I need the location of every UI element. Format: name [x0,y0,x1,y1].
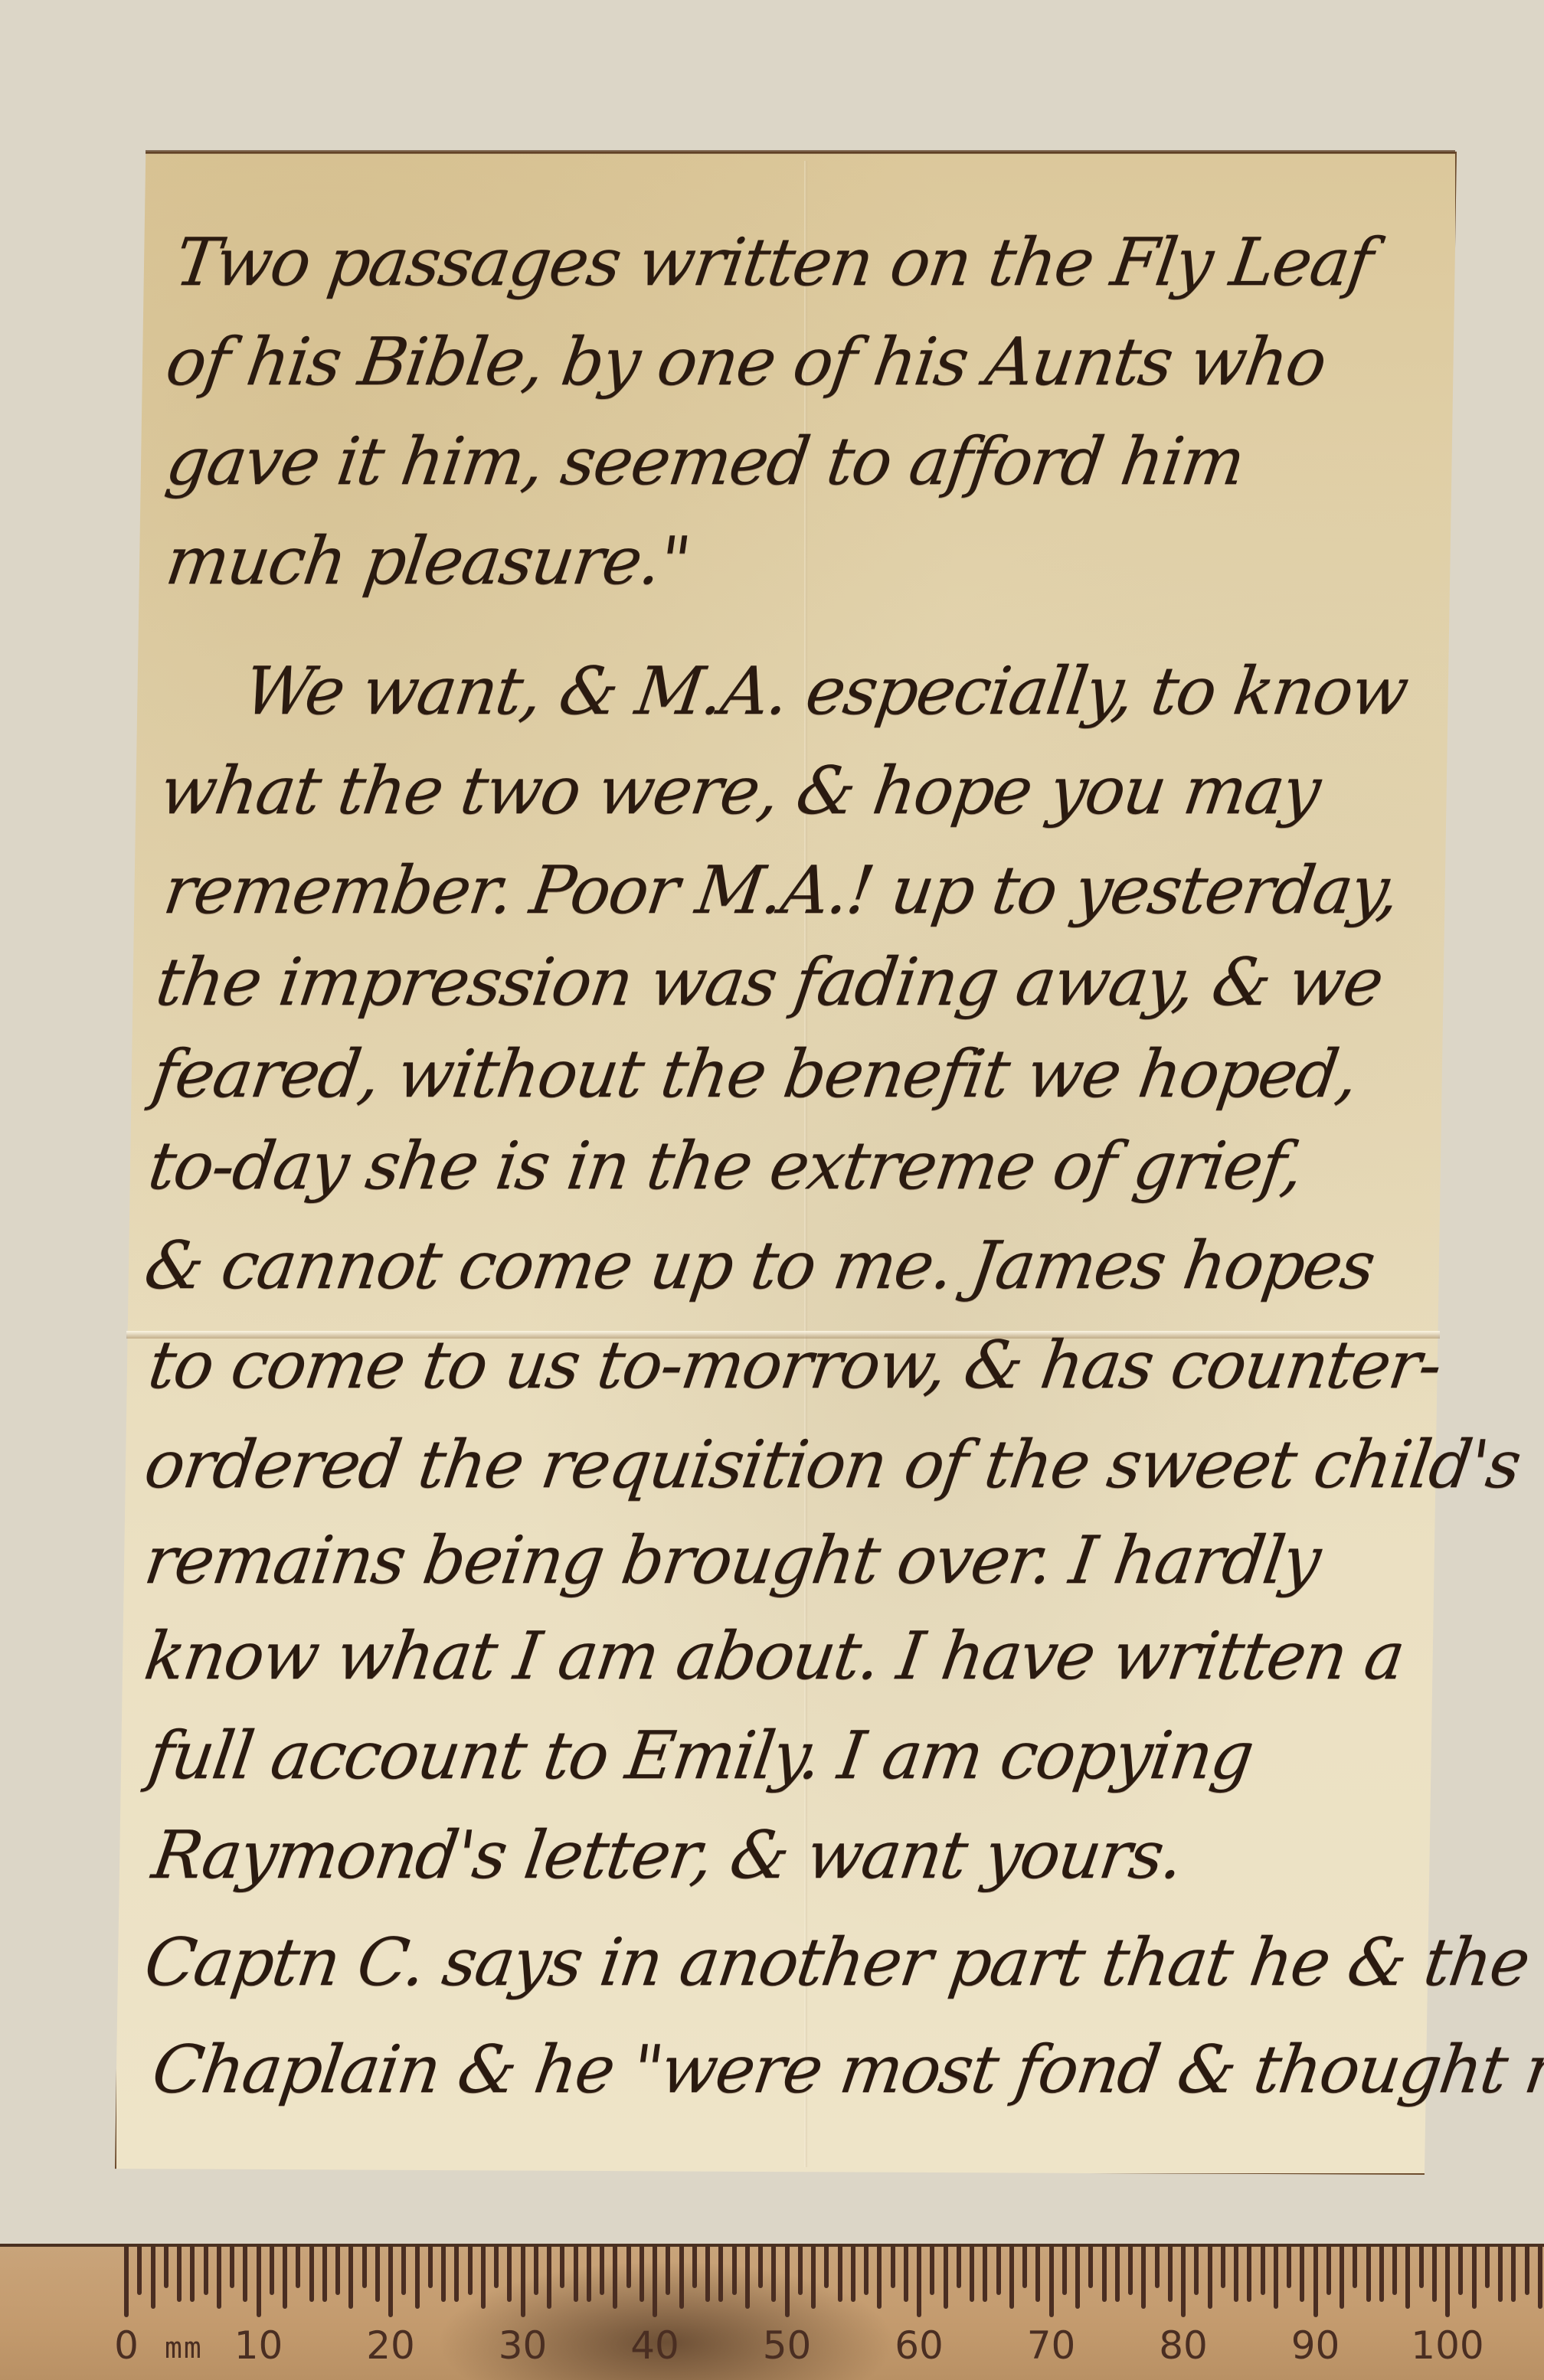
ruler-tick [1366,2247,1371,2302]
ruler-tick [283,2247,287,2309]
ruler-tick [891,2247,895,2288]
ruler-tick [811,2247,816,2309]
ruler-tick [679,2247,684,2309]
ruler-tick [838,2247,842,2302]
text-line-11: & cannot come up to me. James hopes [141,1233,1378,1299]
ruler-tick [1035,2247,1040,2302]
ruler-tick [1128,2247,1133,2295]
ruler-tick [1498,2247,1503,2302]
ruler-tick [309,2247,314,2302]
ruler-tick [666,2247,670,2295]
ruler-tick [996,2247,1001,2295]
ruler-tick [1274,2247,1278,2309]
ruler-tick [388,2247,393,2317]
ruler-tick [270,2247,274,2295]
ruler-tick [124,2247,129,2317]
ruler-tick [864,2247,869,2295]
ruler-tick [1525,2247,1529,2295]
paper-top-edge [146,150,1455,154]
ruler-tick [587,2247,591,2302]
text-line-9: feared, without the benefit we hoped, [149,1041,1361,1107]
ruler-tick [851,2247,855,2302]
text-line-6: what the two were, & hope you may [156,758,1323,824]
ruler-tick [785,2247,790,2317]
ruler-tick [348,2247,353,2309]
ruler-unit-label: mm [165,2331,203,2365]
text-line-7: remember. Poor M.A.! up to yesterday, [160,858,1402,924]
ruler-number-label: 40 [630,2323,679,2368]
ruler-tick [1458,2247,1463,2295]
ruler-tick [692,2247,697,2288]
ruler-tick [415,2247,420,2309]
ruler-tick [1141,2247,1146,2309]
ruler-tick [401,2247,406,2295]
ruler-tick [441,2247,446,2302]
ruler-number-label: 20 [366,2323,415,2368]
ruler-tick [1353,2247,1357,2288]
ruler-tick [877,2247,882,2309]
ruler-tick [600,2247,604,2295]
ruler-tick [521,2247,525,2317]
ruler-tick [428,2247,433,2288]
ruler-tick [1405,2247,1410,2309]
ruler-number-label: 100 [1411,2323,1483,2368]
ruler-tick [1432,2247,1437,2302]
text-line-10: to-day she is in the extreme of grief, [145,1133,1306,1199]
ruler-tick [1115,2247,1120,2302]
ruler-tick [1538,2247,1542,2309]
ruler-tick [1313,2247,1318,2317]
ruler-tick [151,2247,155,2309]
ruler-number-label: 0 [114,2323,139,2368]
ruler-tick [771,2247,776,2302]
ruler-tick [1300,2247,1304,2302]
ruler-tick [718,2247,723,2302]
ruler-number-label: 30 [499,2323,548,2368]
ruler-tick [653,2247,657,2317]
ruler-tick [1326,2247,1331,2295]
ruler-tick [745,2247,750,2309]
ruler-tick [824,2247,829,2288]
ruler-tick [164,2247,168,2288]
ruler-number-label: 50 [763,2323,812,2368]
ruler-tick [454,2247,459,2302]
ruler-tick [1088,2247,1093,2288]
text-line-17: Raymond's letter, & want yours. [149,1823,1186,1888]
ruler-tick [626,2247,631,2288]
text-line-13: ordered the requisition of the sweet chi… [141,1432,1524,1498]
ruler-tick [1208,2247,1212,2309]
text-line-12: to come to us to-morrow, & has counter- [145,1332,1444,1398]
ruler-tick [758,2247,763,2288]
ruler-tick [468,2247,473,2295]
ruler-tick [1075,2247,1080,2309]
ruler-tick [574,2247,578,2302]
ruler-tick [204,2247,208,2295]
ruler-tick [1485,2247,1490,2288]
ruler-tick [1247,2247,1251,2302]
ruler-number-label: 80 [1159,2323,1208,2368]
ruler-tick [335,2247,340,2295]
ruler-tick [957,2247,961,2288]
ruler-tick [944,2247,948,2309]
ruler-tick [1049,2247,1054,2317]
text-line-5: We want, & M.A. especially, to know [240,659,1412,724]
ruler-tick [230,2247,234,2288]
ruler-tick [375,2247,380,2302]
ruler-tick [1511,2247,1516,2302]
ruler-number-label: 60 [895,2323,944,2368]
ruler-tick [296,2247,300,2288]
ruler-tick [1261,2247,1265,2295]
ruler-tick [1221,2247,1225,2288]
ruler-tick [534,2247,538,2295]
ruler-tick [904,2247,908,2302]
ruler-tick [1181,2247,1186,2317]
ruler-tick [1194,2247,1199,2295]
ruler-tick [1062,2247,1067,2295]
ruler-tick [1234,2247,1238,2302]
text-line-2: of his Bible, by one of his Aunts who [162,329,1330,395]
ruler-tick [257,2247,261,2317]
ruler-tick [1379,2247,1384,2302]
ruler-tick [705,2247,710,2302]
ruler-tick [970,2247,974,2302]
text-line-4: much pleasure." [162,528,693,594]
ruler-tick [322,2247,327,2302]
text-line-16: full account to Emily. I am copying [145,1723,1257,1789]
ruler-tick [177,2247,182,2302]
ruler-number-label: 10 [234,2323,283,2368]
ruler-tick [1445,2247,1450,2317]
ruler-tick [1419,2247,1424,2288]
ruler-tick [1102,2247,1107,2302]
text-line-18: Captn C. says in another part that he & … [141,1930,1533,1996]
ruler-number-label: 90 [1291,2323,1340,2368]
ruler-tick [1022,2247,1027,2288]
ruler-tick [983,2247,987,2302]
ruler-tick [1472,2247,1477,2309]
ruler-tick [1340,2247,1344,2309]
ruler-tick [640,2247,644,2302]
ruler-tick [137,2247,142,2295]
ruler-tick [547,2247,551,2309]
ruler-tick [217,2247,221,2309]
ruler-tick [1287,2247,1291,2288]
ruler-tick [1155,2247,1160,2288]
ruler-number-label: 70 [1027,2323,1076,2368]
ruler-tick [930,2247,934,2295]
ruler-tick [1392,2247,1397,2295]
text-line-3: gave it him, seemed to afford him [162,429,1248,495]
text-line-14: remains being brought over. I hardly [141,1528,1323,1594]
ruler-tick [732,2247,737,2295]
ruler-tick [481,2247,486,2309]
ruler-tick [613,2247,617,2309]
ruler-tick [798,2247,803,2295]
ruler-tick [560,2247,564,2288]
ruler-tick [190,2247,195,2302]
text-line-15: know what I am about. I have written a [141,1623,1408,1689]
ruler-tick [362,2247,367,2288]
ruler-tick [243,2247,247,2302]
text-line-19: Chaplain & he "were most fond & thought … [149,2037,1544,2103]
ruler-tick [1168,2247,1173,2302]
text-line-1: Two passages written on the Fly Leaf [172,230,1376,296]
measurement-ruler: mm 0102030405060708090100 [0,2244,1544,2380]
text-line-8: the impression was fading away, & we [152,950,1386,1015]
ruler-tick [1009,2247,1014,2309]
ruler-tick [507,2247,512,2302]
ruler-tick [494,2247,499,2288]
ruler-tick [917,2247,921,2317]
